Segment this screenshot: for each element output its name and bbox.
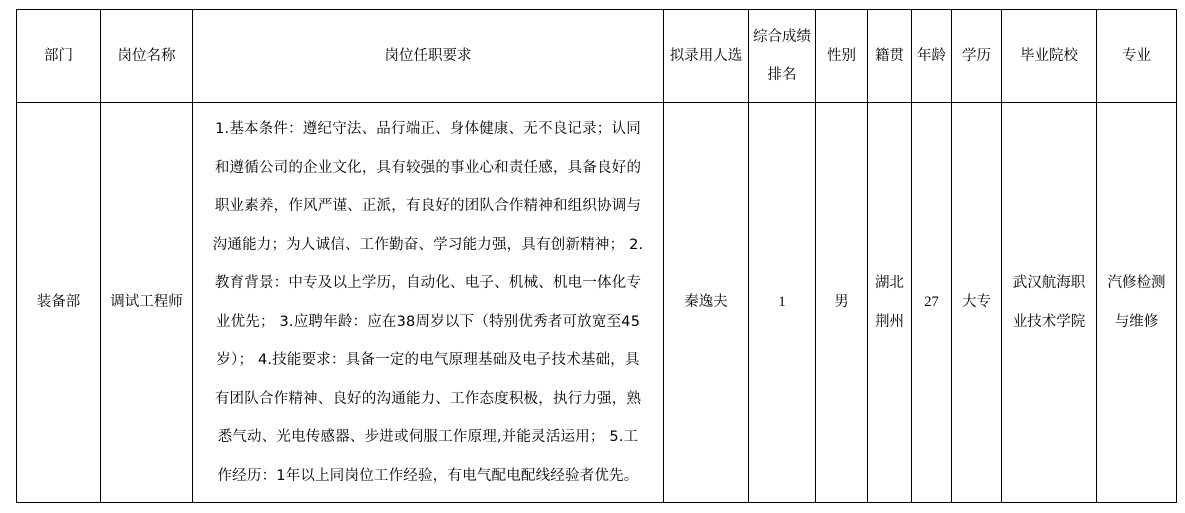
cell-requirements: 1.基本条件：遵纪守法、品行端正、身体健康、无不良记录；认同 和遵循公司的企业文… xyxy=(193,103,664,503)
requirements-line: 悉气动、光电传感器、步进或伺服工作原理,并能灵活运用； 5.工 xyxy=(195,418,661,457)
origin-line1: 湖北 xyxy=(868,264,911,303)
origin-line2: 荆州 xyxy=(868,303,911,342)
cell-gender: 男 xyxy=(816,103,868,503)
cell-major: 汽修检测 与维修 xyxy=(1097,103,1177,503)
header-department: 部门 xyxy=(17,10,101,103)
cell-origin: 湖北 荆州 xyxy=(868,103,912,503)
requirements-line: 沟通能力；为人诚信、工作勤奋、学习能力强，具有创新精神； 2. xyxy=(195,226,661,265)
table-row: 装备部 调试工程师 1.基本条件：遵纪守法、品行端正、身体健康、无不良记录；认同… xyxy=(17,103,1177,503)
header-gender: 性别 xyxy=(816,10,868,103)
requirements-line: 职业素养，作风严谨、正派，有良好的团队合作精神和组织协调与 xyxy=(195,187,661,226)
requirements-line: 业优先； 3.应聘年龄：应在38周岁以下（特别优秀者可放宽至45 xyxy=(195,303,661,342)
cell-rank: 1 xyxy=(749,103,816,503)
requirements-line: 岁）； 4.技能要求：具备一定的电气原理基础及电子技术基础，具 xyxy=(195,341,661,380)
school-line1: 武汉航海职 xyxy=(1002,264,1096,303)
recruitment-table: 部门 岗位名称 岗位任职要求 拟录用人选 综合成绩 排名 性别 籍贯 年龄 学历… xyxy=(16,9,1177,503)
header-education: 学历 xyxy=(952,10,1002,103)
header-major: 专业 xyxy=(1097,10,1177,103)
cell-school: 武汉航海职 业技术学院 xyxy=(1002,103,1097,503)
requirements-line: 有团队合作精神、良好的沟通能力、工作态度积极，执行力强，熟 xyxy=(195,380,661,419)
major-line2: 与维修 xyxy=(1097,303,1176,342)
cell-candidate: 秦逸夫 xyxy=(664,103,749,503)
header-rank: 综合成绩 排名 xyxy=(749,10,816,103)
header-rank-line2: 排名 xyxy=(749,56,815,94)
requirements-line: 和遵循公司的企业文化，具有较强的事业心和责任感，具备良好的 xyxy=(195,149,661,188)
cell-department: 装备部 xyxy=(17,103,101,503)
header-candidate: 拟录用人选 xyxy=(664,10,749,103)
requirements-line: 作经历：1年以上同岗位工作经验，有电气配电配线经验者优先。 xyxy=(195,457,661,496)
header-school: 毕业院校 xyxy=(1002,10,1097,103)
cell-age: 27 xyxy=(912,103,952,503)
header-position: 岗位名称 xyxy=(101,10,193,103)
header-origin: 籍贯 xyxy=(868,10,912,103)
header-rank-line1: 综合成绩 xyxy=(749,18,815,56)
header-age: 年龄 xyxy=(912,10,952,103)
header-requirements: 岗位任职要求 xyxy=(193,10,664,103)
cell-education: 大专 xyxy=(952,103,1002,503)
school-line2: 业技术学院 xyxy=(1002,303,1096,342)
requirements-line: 1.基本条件：遵纪守法、品行端正、身体健康、无不良记录；认同 xyxy=(195,110,661,149)
header-row: 部门 岗位名称 岗位任职要求 拟录用人选 综合成绩 排名 性别 籍贯 年龄 学历… xyxy=(17,10,1177,103)
requirements-line: 教育背景：中专及以上学历，自动化、电子、机械、机电一体化专 xyxy=(195,264,661,303)
major-line1: 汽修检测 xyxy=(1097,264,1176,303)
cell-position: 调试工程师 xyxy=(101,103,193,503)
